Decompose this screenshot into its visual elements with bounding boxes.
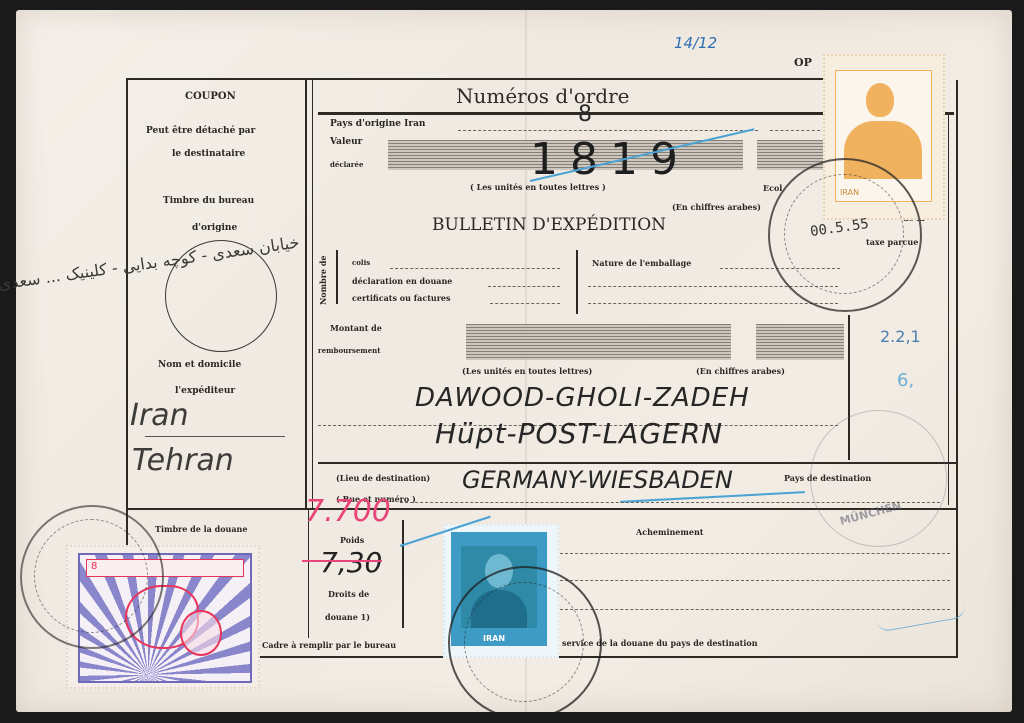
coupon-detach-2: le destinataire [172, 149, 245, 159]
poids-left-line [308, 510, 309, 638]
sun-face-emblem [180, 610, 222, 656]
margin-note-2: 6, [897, 370, 914, 391]
coupon-title: COUPON [185, 91, 236, 102]
destination-handwritten: GERMANY-WIESBADEN [462, 466, 733, 494]
handwritten-order-number: 8 [578, 102, 592, 127]
postmark-bottom-center [448, 566, 602, 720]
certificats-dots [490, 303, 560, 304]
postmark-bottom-left [20, 505, 164, 649]
origin-dots [458, 130, 758, 131]
frame-top [126, 78, 826, 80]
value-label-1: Valeur [330, 137, 362, 147]
sender-label-2: l'expéditeur [175, 386, 235, 396]
margin-note-1: 2.2,1 [880, 327, 921, 346]
cod-units-letters: (Les unités en toutes lettres) [462, 366, 592, 376]
sender-underline [145, 436, 285, 437]
weight-value: 7,30 [320, 546, 382, 579]
customs-stamp-label: Timbre de la douane [155, 524, 247, 534]
red-pencil-mark: 7.700 [305, 494, 391, 529]
packaging-label: Nature de l'emballage [592, 258, 691, 268]
handwritten-date: 14/12 [674, 34, 717, 52]
munchen-postmark: MÜNCHEN [810, 410, 947, 547]
bulletin-title: BULLETIN D'EXPÉDITION [432, 215, 666, 235]
ecol-label: Ecol [763, 183, 782, 193]
frame-note: Cadre à remplir par le bureau [262, 640, 396, 650]
sender-label-1: Nom et domicile [158, 360, 241, 370]
cod-label-1: Montant de [330, 323, 382, 333]
munchen-text: MÜNCHEN [838, 499, 902, 528]
value-units-arabic: (En chiffres arabes) [672, 202, 761, 212]
weight-label: Poids [340, 535, 364, 545]
recipient-address: Hüpt-POST-LAGERN [435, 417, 723, 450]
origin-country: Pays d'origine Iran [330, 119, 425, 129]
declared-value: 1819 [530, 134, 690, 185]
colis-label: colis [352, 258, 370, 267]
duties-label-2: douane 1) [325, 612, 370, 622]
declaration-dots [488, 286, 560, 287]
duties-label-1: Droits de [328, 589, 369, 599]
cod-letters-box [466, 324, 731, 360]
coupon-timbre-1: Timbre du bureau [163, 196, 254, 206]
certificats-label: certificats ou factures [352, 293, 451, 303]
red-underline [302, 560, 382, 562]
frame-right [956, 80, 958, 658]
portrait-head [866, 83, 894, 117]
cod-units-arabic: (En chiffres arabes) [696, 366, 785, 376]
routing-dots-1 [560, 553, 950, 554]
handwritten-circle [165, 240, 277, 352]
routing-label: Acheminement [636, 527, 703, 537]
sender-country: Iran [130, 398, 189, 433]
nombre-bar [336, 250, 338, 304]
coupon-timbre-2: d'origine [192, 223, 237, 233]
destination-label: (Lieu de destination) [336, 473, 430, 483]
declaration-label: déclaration en douane [352, 276, 452, 286]
routing-dots-2 [560, 580, 950, 581]
cod-label-2: remboursement [318, 346, 380, 355]
form-title: Numéros d'ordre [456, 84, 630, 108]
cod-digits-box [756, 324, 844, 360]
sender-city: Tehran [132, 443, 234, 478]
origin-dots-2 [770, 130, 820, 131]
packaging-divider [576, 250, 578, 314]
top-right-code: OP [794, 56, 812, 69]
postmark-bc-inner [464, 582, 584, 702]
nombre-de-label: Nombre de [318, 256, 328, 305]
value-units-letters: ( Les unités en toutes lettres ) [470, 182, 606, 192]
coupon-detach-1: Peut être détaché par [146, 126, 255, 136]
colis-dots [390, 268, 560, 269]
poids-right-line [402, 520, 404, 628]
coupon-divider-inner [312, 80, 313, 508]
postmark-bl-inner [34, 519, 148, 633]
value-label-2: déclarée [330, 160, 363, 169]
packaging-dots-3 [588, 303, 838, 304]
routing-dots-3 [560, 609, 950, 610]
coupon-divider [305, 80, 307, 508]
postmark-top-right: 00.5.55 [768, 158, 922, 312]
tax-column-line [948, 115, 949, 505]
recipient-name: DAWOOD-GHOLI-ZADEH [415, 383, 750, 413]
